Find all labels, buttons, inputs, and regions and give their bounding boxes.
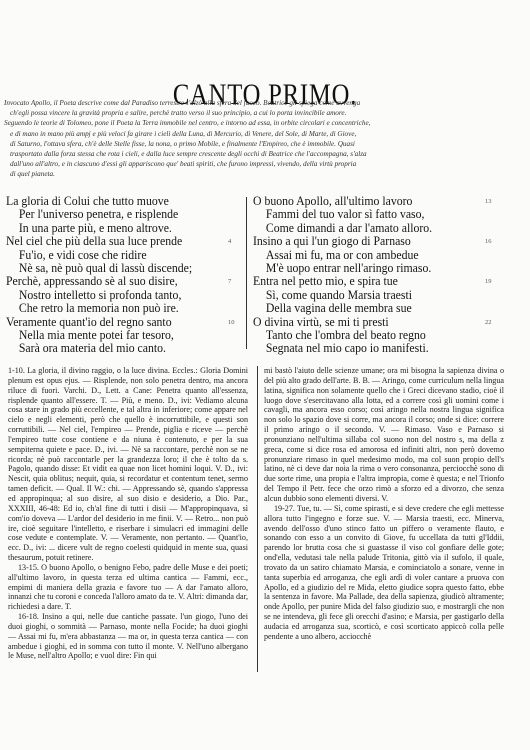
verse-line: La gloria di Colui che tutto muove [6,195,221,208]
verse-text: Come dimandi a dar l'amato alloro. [266,221,432,235]
verse-text: Sarà ora materia del mio canto. [19,341,166,355]
verse-line: Insino a qui l'un giogo di Parnaso [253,235,474,248]
verse-line: Nostro intelletto si profonda tanto, [6,289,221,302]
verse-line: Veramente quant'io del regno santo [6,316,221,329]
verse-number: 19 [485,275,492,288]
verse-line: Assai mi fu, ma or con ambedue [253,249,474,262]
verse-text: Insino a qui l'un giogo di Parnaso [253,234,411,248]
verse-line: Nè sa, nè può qual di lassù discende; [6,262,221,275]
verse-text: M'è uopo entrar nell'aringo rimaso. [266,261,431,275]
verse-text: Per l'universo penetra, e risplende [19,207,178,221]
verse-text: Perchè, appressando sè al suo disire, [6,274,178,288]
column-divider [246,197,247,349]
argument-line: Invocato Apollo, il Poeta descrive come … [4,98,524,108]
verse-line: Tanto che l'ombra del beato regno [253,329,474,342]
verse-text: Entra nel petto mio, e spira tue [253,274,398,288]
argument-line: e di mano in mano più ampj e più veloci … [4,129,524,139]
verse-text: Veramente quant'io del regno santo [6,315,172,329]
commentary-column-left: 1-10. La gloria, il divino raggio, o la … [8,366,248,661]
verse-line: In una parte più, e meno altrove. [6,222,221,235]
verse-number: 22 [485,316,492,329]
argument-line: trasportato dalla forza stessa che rota … [4,149,524,159]
verse-number: 4 [228,235,231,248]
argument-line: ch'egli possa vincere la gravità propria… [4,108,524,118]
argument-line: dall'uno all'altro, e in ciascuno d'essi… [4,159,524,169]
verse-column-right: O buono Apollo, all'ultimo lavoro13Fammi… [253,195,493,356]
verse-line: Nel ciel che più della sua luce prende [6,235,221,248]
verse-text: Segnata nel mio capo io manifesti. [266,341,429,355]
verse-section: La gloria di Colui che tutto muovePer l'… [0,195,530,355]
commentary-column-right: mi bastò l'aiuto delle scienze umane; or… [264,366,504,642]
verse-text: Della vagina delle membra sue [266,301,412,315]
verse-line: Della vagina delle membra sue [253,302,474,315]
verse-number: 13 [485,195,492,208]
verse-line: Per l'universo penetra, e risplende [6,208,221,221]
commentary-note: 1-10. La gloria, il divino raggio, o la … [8,366,248,563]
verse-number: 16 [485,235,492,248]
verse-text: La gloria di Colui che tutto muove [6,194,169,208]
verse-text: Nè sa, nè può qual di lassù discende; [19,261,192,275]
verse-text: O buono Apollo, all'ultimo lavoro [253,194,412,208]
verse-line: Fammi del tuo valor sì fatto vaso, [253,208,474,221]
verse-line: Nella mia mente potei far tesoro, [6,329,221,342]
argument-line: di quel pianeta. [4,169,524,179]
verse-text: Assai mi fu, ma or con ambedue [266,248,419,262]
verse-line: O divina virtù, se mi ti presti [253,316,474,329]
commentary-note: mi bastò l'aiuto delle scienze umane; or… [264,366,504,504]
verse-text: Tanto che l'ombra del beato regno [266,328,426,342]
verse-text: Nel ciel che più della sua luce prende [6,234,182,248]
verse-text: Nostro intelletto si profonda tanto, [19,288,182,302]
verse-text: Fu'io, e vidi cose che ridire [19,248,147,262]
canto-argument: Invocato Apollo, il Poeta descrive come … [4,98,524,180]
argument-line: Seguendo le teorie di Tolomeo, pone il P… [4,118,524,128]
verse-line: Che retro la memoria non può ire. [6,302,221,315]
verse-text: In una parte più, e meno altrove. [19,221,172,235]
verse-line: M'è uopo entrar nell'aringo rimaso. [253,262,474,275]
verse-line: Come dimandi a dar l'amato alloro. [253,222,474,235]
verse-number: 7 [228,275,231,288]
verse-line: Perchè, appressando sè al suo disire, [6,275,221,288]
verse-line: Sarà ora materia del mio canto. [6,342,221,355]
verse-line: Sì, come quando Marsia traesti [253,289,474,302]
argument-line: di Saturno, l'ottava sfera, ch'è delle S… [4,139,524,149]
commentary-note: 13-15. O buono Apollo, o benigno Febo, p… [8,563,248,612]
verse-text: Nella mia mente potei far tesoro, [19,328,174,342]
verse-line: O buono Apollo, all'ultimo lavoro [253,195,474,208]
commentary-note: 19-27. Tue, tu. — Sì, come spirasti, e s… [264,504,504,642]
verse-text: Che retro la memoria non può ire. [19,301,179,315]
column-divider [257,366,258,672]
verse-text: Sì, come quando Marsia traesti [266,288,412,302]
verse-line: Entra nel petto mio, e spira tue [253,275,474,288]
verse-column-left: La gloria di Colui che tutto muovePer l'… [6,195,240,356]
verse-line: Segnata nel mio capo io manifesti. [253,342,474,355]
verse-text: Fammi del tuo valor sì fatto vaso, [266,207,425,221]
commentary-note: 16-18. Insino a qui, nelle due cantiche … [8,612,248,661]
verse-line: Fu'io, e vidi cose che ridire [6,249,221,262]
verse-number: 10 [228,316,235,329]
verse-text: O divina virtù, se mi ti presti [253,315,389,329]
